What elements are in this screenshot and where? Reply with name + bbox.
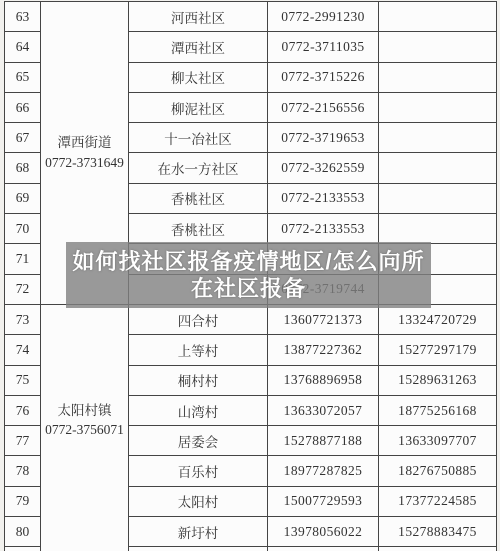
row-number-cell: 70 [5, 214, 41, 244]
district-phone: 0772-3756071 [41, 420, 128, 440]
phone1-cell: 0772-2991230 [268, 2, 379, 32]
phone1-cell: 0772-2156556 [268, 92, 379, 122]
community-cell: 河西社区 [129, 2, 268, 32]
caption-line-2: 在社区报备 [191, 275, 306, 302]
phone2-cell [379, 62, 497, 92]
district-cell: 太阳村镇0772-3756071 [41, 304, 129, 551]
phone2-cell [379, 2, 497, 32]
phone1-cell: 13607721373 [268, 304, 379, 334]
row-number-cell: 72 [5, 274, 41, 304]
phone1-cell: 0772-2133553 [268, 183, 379, 213]
row-number-cell: 77 [5, 426, 41, 456]
phone1-cell: 0772-2133553 [268, 214, 379, 244]
row-number-cell: 71 [5, 244, 41, 274]
community-cell: 百乐村 [129, 456, 268, 486]
phone1-cell: 18977287825 [268, 456, 379, 486]
table-row: 63潭西街道0772-3731649河西社区0772-2991230 [5, 2, 497, 32]
community-cell: 太阳村 [129, 486, 268, 516]
row-number-cell: 76 [5, 395, 41, 425]
phone1-cell: 15007729593 [268, 486, 379, 516]
community-cell: 在水一方社区 [129, 153, 268, 183]
community-cell [129, 547, 268, 551]
community-cell: 柳太社区 [129, 62, 268, 92]
row-number-cell: 67 [5, 123, 41, 153]
community-cell: 香桃社区 [129, 214, 268, 244]
phone1-cell: 15278877188 [268, 426, 379, 456]
community-cell: 新圩村 [129, 517, 268, 547]
community-cell: 柳泥社区 [129, 92, 268, 122]
row-number-cell: 65 [5, 62, 41, 92]
phone1-cell: 0772-3711035 [268, 32, 379, 62]
phone2-cell: 17377224585 [379, 486, 497, 516]
row-number-cell: 64 [5, 32, 41, 62]
community-cell: 香桃社区 [129, 183, 268, 213]
phone2-cell: 15277297179 [379, 335, 497, 365]
community-cell: 四合村 [129, 304, 268, 334]
screenshot-root: 63潭西街道0772-3731649河西社区0772-299123064潭西社区… [0, 0, 500, 551]
community-cell: 桐村村 [129, 365, 268, 395]
district-phone: 0772-3731649 [41, 153, 128, 173]
row-number-cell: 74 [5, 335, 41, 365]
row-number-cell: 63 [5, 2, 41, 32]
community-cell: 居委会 [129, 426, 268, 456]
phone1-cell: 0772-3715226 [268, 62, 379, 92]
row-number-cell: 80 [5, 517, 41, 547]
community-cell: 潭西社区 [129, 32, 268, 62]
row-number-cell: 78 [5, 456, 41, 486]
phone2-cell [379, 123, 497, 153]
row-number-cell: 69 [5, 183, 41, 213]
phone1-cell: 0772-3719653 [268, 123, 379, 153]
phone2-cell [379, 547, 497, 551]
phone2-cell [379, 32, 497, 62]
phone1-cell: 13768896958 [268, 365, 379, 395]
phone2-cell [379, 183, 497, 213]
row-number-cell: 79 [5, 486, 41, 516]
phone2-cell: 13324720729 [379, 304, 497, 334]
row-number-cell: 73 [5, 304, 41, 334]
phone1-cell [268, 547, 379, 551]
caption-overlay: 如何找社区报备疫情地区/怎么向所 在社区报备 [66, 242, 431, 308]
row-number-cell: 75 [5, 365, 41, 395]
row-number-cell: 68 [5, 153, 41, 183]
phone1-cell: 13877227362 [268, 335, 379, 365]
district-name: 潭西街道 [41, 133, 128, 153]
phone2-cell: 18775256168 [379, 395, 497, 425]
community-cell: 十一冶社区 [129, 123, 268, 153]
row-number-cell [5, 547, 41, 551]
phone1-cell: 13633072057 [268, 395, 379, 425]
phone2-cell [379, 92, 497, 122]
community-cell: 山湾村 [129, 395, 268, 425]
phone2-cell [379, 214, 497, 244]
phone2-cell: 18276750885 [379, 456, 497, 486]
phone2-cell: 13633097707 [379, 426, 497, 456]
phone2-cell [379, 153, 497, 183]
phone1-cell: 13978056022 [268, 517, 379, 547]
community-cell: 上等村 [129, 335, 268, 365]
phone2-cell: 15278883475 [379, 517, 497, 547]
caption-line-1: 如何找社区报备疫情地区/怎么向所 [72, 248, 424, 275]
row-number-cell: 66 [5, 92, 41, 122]
phone2-cell: 15289631263 [379, 365, 497, 395]
phone1-cell: 0772-3262559 [268, 153, 379, 183]
district-name: 太阳村镇 [41, 401, 128, 421]
table-row: 73太阳村镇0772-3756071四合村1360772137313324720… [5, 304, 497, 334]
